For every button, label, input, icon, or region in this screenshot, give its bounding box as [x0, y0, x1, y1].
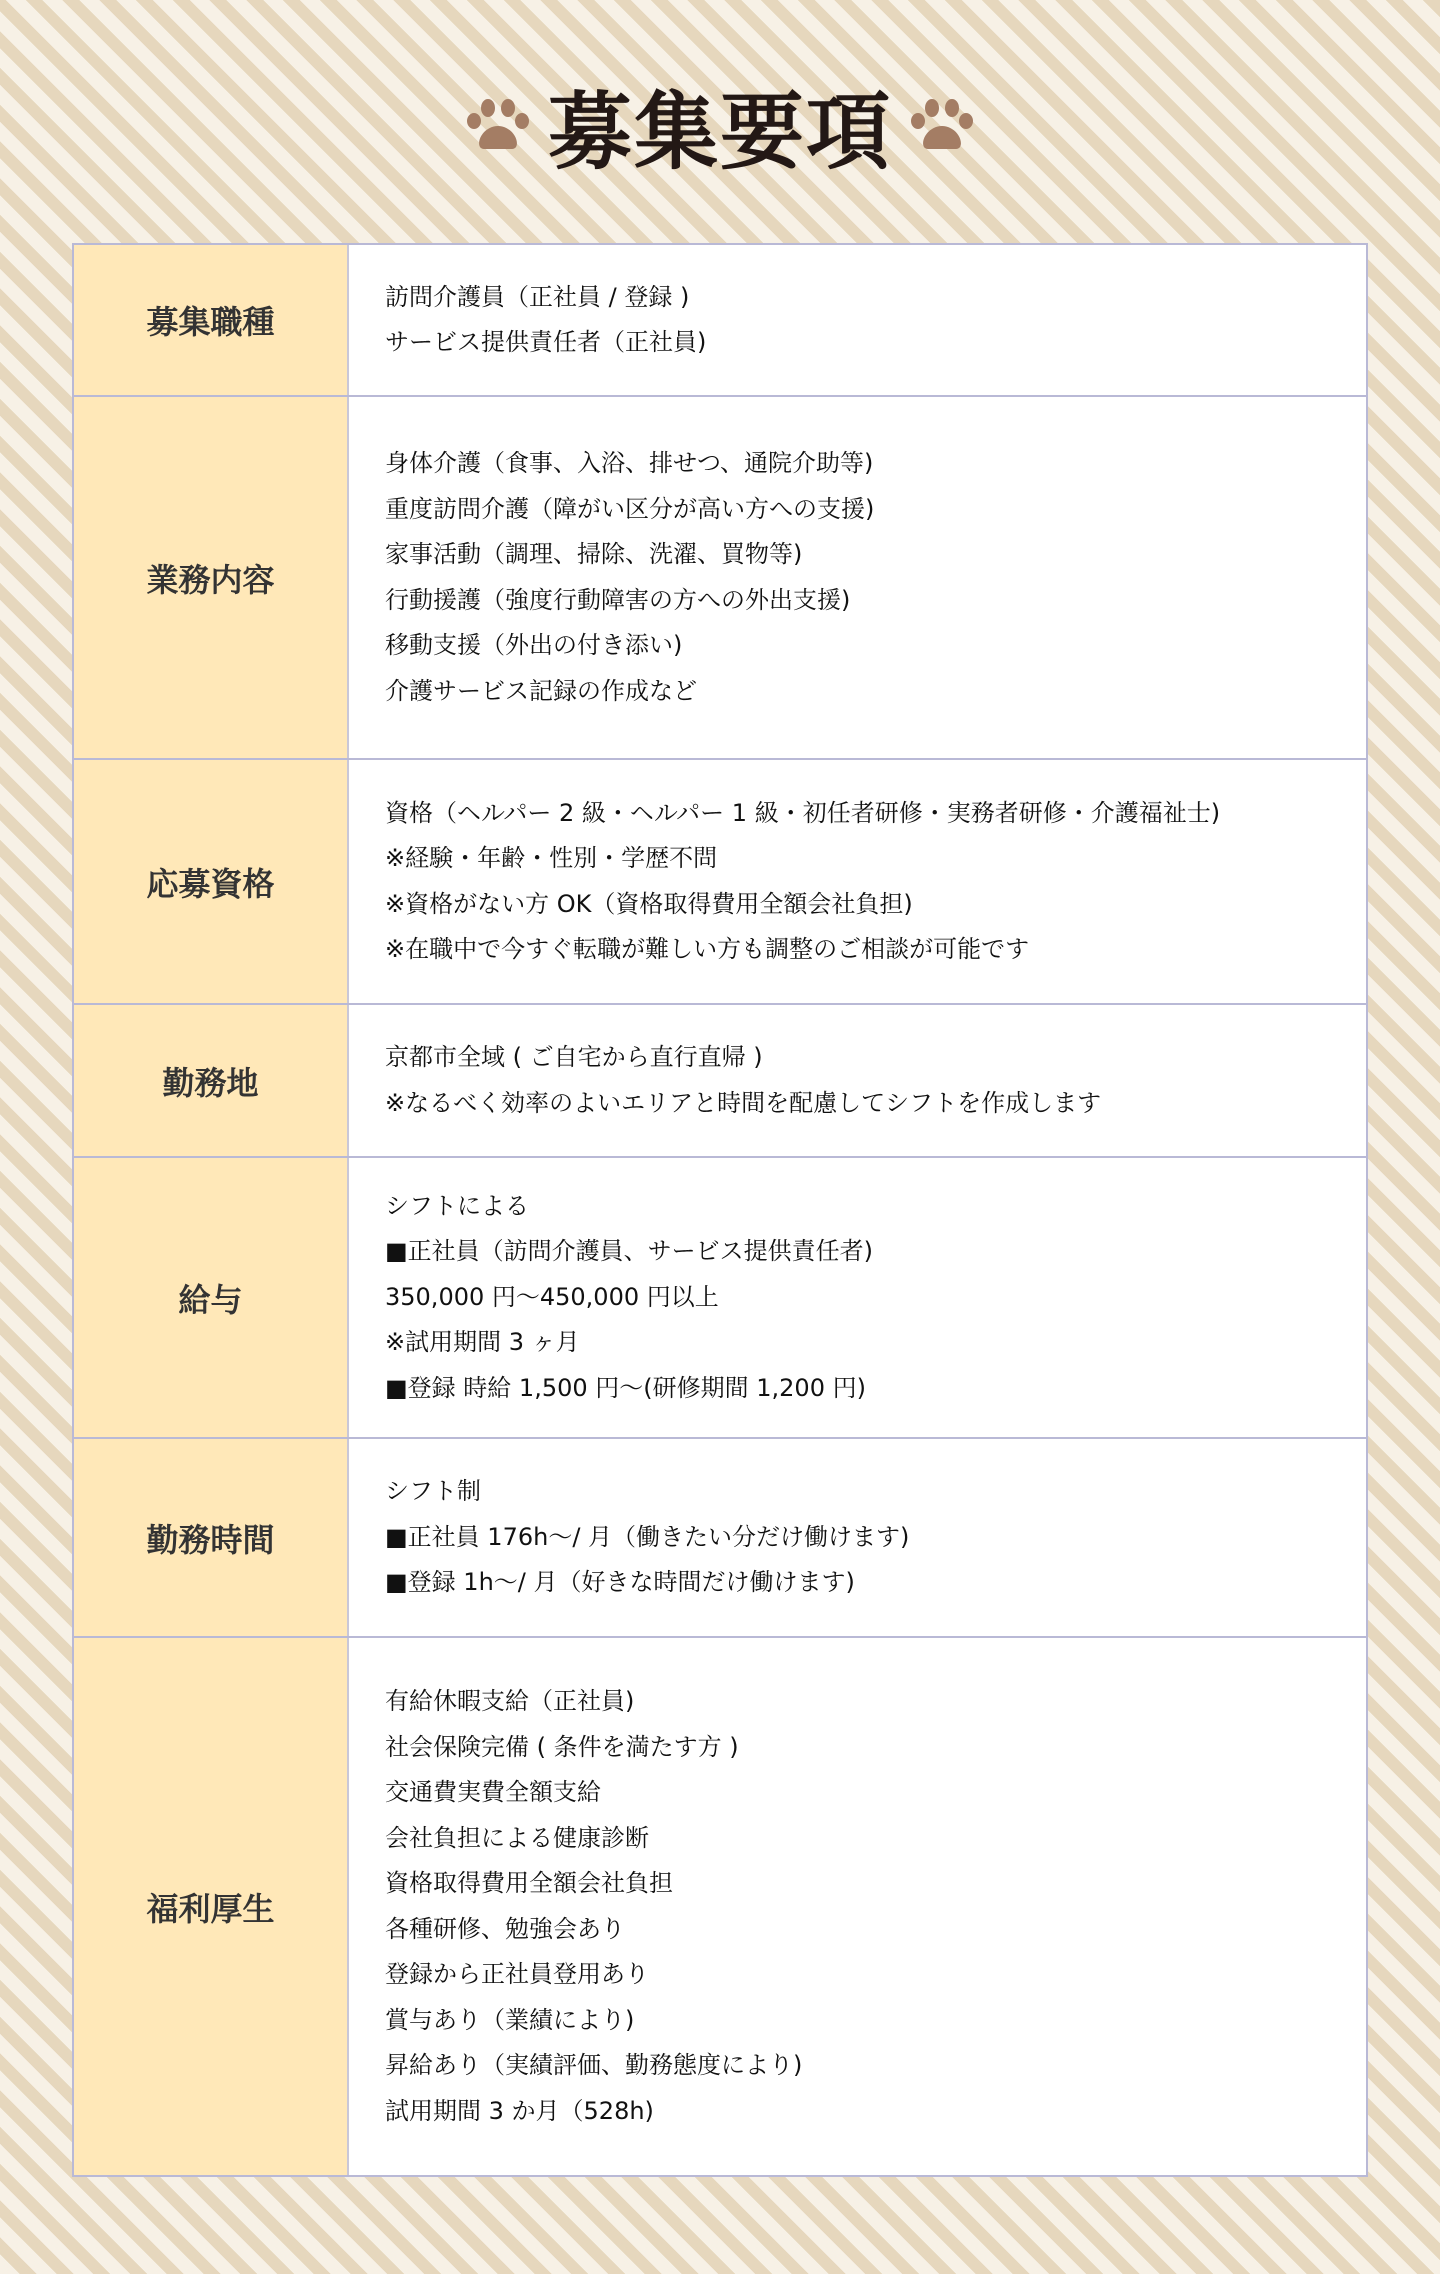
content-line: 登録から正社員登用あり	[385, 1952, 1366, 1998]
content-line: ※なるべく効率のよいエリアと時間を配慮してシフトを作成します	[385, 1081, 1366, 1127]
content-line: 会社負担による健康診断	[385, 1816, 1366, 1862]
requirements-table: 募集職種訪問介護員（正社員 / 登録 )サービス提供責任者（正社員)業務内容身体…	[72, 243, 1368, 2177]
content-line: 350,000 円～450,000 円以上	[385, 1275, 1366, 1321]
row-content: シフトによる■正社員（訪問介護員、サービス提供責任者)350,000 円～450…	[349, 1158, 1366, 1437]
row-label: 業務内容	[74, 397, 349, 758]
row-content: シフト制■正社員 176h～/ 月（働きたい分だけ働けます)■登録 1h～/ 月…	[349, 1439, 1366, 1636]
row-content: 資格（ヘルパー 2 級・ヘルパー 1 級・初任者研修・実務者研修・介護福祉士)※…	[349, 760, 1366, 1003]
content-line: 各種研修、勉強会あり	[385, 1907, 1366, 1953]
content-line: ※資格がない方 OK（資格取得費用全額会社負担)	[385, 882, 1366, 928]
content-line: 昇給あり（実績評価、勤務態度により)	[385, 2043, 1366, 2089]
page-title: 募集要項	[548, 65, 892, 186]
row-label: 応募資格	[74, 760, 349, 1003]
row-label: 給与	[74, 1158, 349, 1437]
content-line: シフト制	[385, 1469, 1366, 1515]
content-line: 有給休暇支給（正社員)	[385, 1679, 1366, 1725]
content-line: ■登録 1h～/ 月（好きな時間だけ働けます)	[385, 1560, 1366, 1606]
content-line: 重度訪問介護（障がい区分が高い方への支援)	[385, 487, 1366, 533]
content-line: 資格（ヘルパー 2 級・ヘルパー 1 級・初任者研修・実務者研修・介護福祉士)	[385, 791, 1366, 837]
content-line: 社会保険完備 ( 条件を満たす方 )	[385, 1725, 1366, 1771]
content-line: ※経験・年齢・性別・学歴不問	[385, 836, 1366, 882]
content-line: 家事活動（調理、掃除、洗濯、買物等)	[385, 532, 1366, 578]
row-content: 有給休暇支給（正社員)社会保険完備 ( 条件を満たす方 )交通費実費全額支給会社…	[349, 1638, 1366, 2175]
content-line: ※試用期間 3 ヶ月	[385, 1320, 1366, 1366]
content-line: シフトによる	[385, 1184, 1366, 1230]
content-line: 身体介護（食事、入浴、排せつ、通院介助等)	[385, 441, 1366, 487]
table-row: 勤務時間シフト制■正社員 176h～/ 月（働きたい分だけ働けます)■登録 1h…	[74, 1437, 1366, 1636]
content-line: 交通費実費全額支給	[385, 1770, 1366, 1816]
page-header: 募集要項	[0, 70, 1440, 180]
content-line: 京都市全域 ( ご自宅から直行直帰 )	[385, 1035, 1366, 1081]
content-line: ※在職中で今すぐ転職が難しい方も調整のご相談が可能です	[385, 927, 1366, 973]
row-label: 勤務時間	[74, 1439, 349, 1636]
content-line: 訪問介護員（正社員 / 登録 )	[385, 275, 1366, 321]
paw-icon	[910, 97, 974, 153]
table-row: 業務内容身体介護（食事、入浴、排せつ、通院介助等)重度訪問介護（障がい区分が高い…	[74, 395, 1366, 758]
row-content: 身体介護（食事、入浴、排せつ、通院介助等)重度訪問介護（障がい区分が高い方への支…	[349, 397, 1366, 758]
content-line: 賞与あり（業績により)	[385, 1998, 1366, 2044]
table-row: 応募資格資格（ヘルパー 2 級・ヘルパー 1 級・初任者研修・実務者研修・介護福…	[74, 758, 1366, 1003]
table-row: 給与シフトによる■正社員（訪問介護員、サービス提供責任者)350,000 円～4…	[74, 1156, 1366, 1437]
content-line: ■正社員 176h～/ 月（働きたい分だけ働けます)	[385, 1515, 1366, 1561]
table-row: 募集職種訪問介護員（正社員 / 登録 )サービス提供責任者（正社員)	[74, 245, 1366, 395]
row-label: 勤務地	[74, 1005, 349, 1156]
content-line: 行動援護（強度行動障害の方への外出支援)	[385, 578, 1366, 624]
content-line: サービス提供責任者（正社員)	[385, 320, 1366, 366]
paw-icon	[466, 97, 530, 153]
content-line: 介護サービス記録の作成など	[385, 669, 1366, 715]
row-label: 福利厚生	[74, 1638, 349, 2175]
row-content: 訪問介護員（正社員 / 登録 )サービス提供責任者（正社員)	[349, 245, 1366, 395]
content-line: 試用期間 3 か月（528h)	[385, 2089, 1366, 2135]
row-content: 京都市全域 ( ご自宅から直行直帰 )※なるべく効率のよいエリアと時間を配慮して…	[349, 1005, 1366, 1156]
content-line: 移動支援（外出の付き添い)	[385, 623, 1366, 669]
table-row: 勤務地京都市全域 ( ご自宅から直行直帰 )※なるべく効率のよいエリアと時間を配…	[74, 1003, 1366, 1156]
content-line: 資格取得費用全額会社負担	[385, 1861, 1366, 1907]
content-line: ■正社員（訪問介護員、サービス提供責任者)	[385, 1229, 1366, 1275]
content-line: ■登録 時給 1,500 円～(研修期間 1,200 円)	[385, 1366, 1366, 1412]
row-label: 募集職種	[74, 245, 349, 395]
table-row: 福利厚生有給休暇支給（正社員)社会保険完備 ( 条件を満たす方 )交通費実費全額…	[74, 1636, 1366, 2175]
